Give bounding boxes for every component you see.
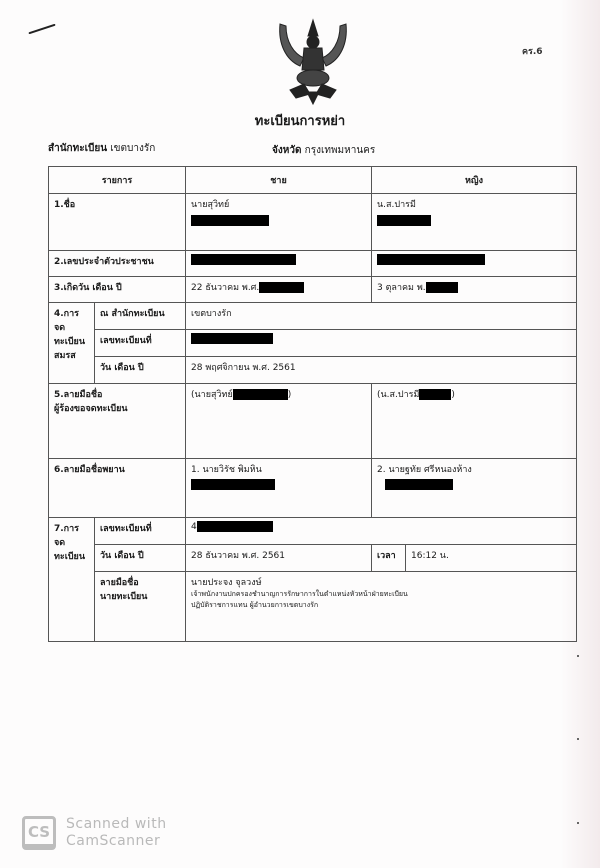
scan-dot bbox=[577, 822, 579, 824]
document-title: ทะเบียนการหย่า bbox=[0, 110, 600, 131]
male-id bbox=[186, 251, 372, 277]
redacted-year bbox=[259, 282, 304, 293]
pen-mark bbox=[28, 24, 55, 35]
divorce-register-table: รายการ ชาย หญิง 1.ชื่อ นายสุวิทย์ น.ส.ปา… bbox=[48, 166, 577, 642]
witness-2: 2. นายฐทัย ศรีหนองห้าง bbox=[372, 459, 577, 518]
camscanner-logo-icon: CS bbox=[22, 816, 56, 850]
registrar-acting: ปฏิบัติราชการแทน ผู้อำนวยการเขตบางรัก bbox=[191, 601, 318, 609]
male-name: นายสุวิทย์ bbox=[186, 194, 372, 251]
office-label: สำนักทะเบียน bbox=[48, 143, 107, 154]
scan-dot bbox=[577, 738, 579, 740]
row-label-registration: 7.การจดทะเบียน bbox=[49, 518, 95, 642]
male-birth: 22 ธันวาคม พ.ศ. bbox=[186, 277, 372, 303]
row-label-witness-signature: 6.ลายมือชื่อพยาน bbox=[49, 459, 186, 518]
registrar-signature-label: ลายมือชื่อ นายทะเบียน bbox=[95, 572, 186, 642]
province-label: จังหวัด bbox=[272, 145, 301, 156]
table-row: 2.เลขประจำตัวประชาชน bbox=[49, 251, 577, 277]
watermark-line-2: CamScanner bbox=[66, 833, 167, 850]
row-label-id: 2.เลขประจำตัวประชาชน bbox=[49, 251, 186, 277]
header-female: หญิง bbox=[372, 167, 577, 194]
registrar-name: นายประจง จุลวงษ์ bbox=[191, 578, 262, 588]
table-row: วัน เดือน ปี 28 พฤศจิกายน พ.ศ. 2561 bbox=[49, 357, 577, 384]
table-row: 1.ชื่อ นายสุวิทย์ น.ส.ปารมี bbox=[49, 194, 577, 251]
header-item: รายการ bbox=[49, 167, 186, 194]
female-birth: 3 ตุลาคม พ. bbox=[372, 277, 577, 303]
table-row: 7.การจดทะเบียน เลขทะเบียนที่ 4 bbox=[49, 518, 577, 545]
row-label-marriage: 4.การจดทะเบียนสมรส bbox=[49, 303, 95, 384]
garuda-emblem-icon bbox=[274, 14, 352, 106]
marriage-office-label: ณ สำนักทะเบียน bbox=[95, 303, 186, 330]
redacted-surname bbox=[377, 215, 431, 226]
camscanner-watermark: CS Scanned with CamScanner bbox=[22, 816, 167, 850]
table-row: วัน เดือน ปี 28 ธันวาคม พ.ศ. 2561 เวลา 1… bbox=[49, 545, 577, 572]
province-value: กรุงเทพมหานคร bbox=[305, 145, 376, 156]
registration-time-label: เวลา bbox=[372, 545, 406, 572]
table-row: เลขทะเบียนที่ bbox=[49, 330, 577, 357]
redacted-surname bbox=[191, 215, 269, 226]
female-id bbox=[372, 251, 577, 277]
table-row: 3.เกิดวัน เดือน ปี 22 ธันวาคม พ.ศ. 3 ตุล… bbox=[49, 277, 577, 303]
province: จังหวัด กรุงเทพมหานคร bbox=[272, 143, 375, 158]
marriage-office-value: เขตบางรัก bbox=[186, 303, 577, 330]
row-label-name: 1.ชื่อ bbox=[49, 194, 186, 251]
registry-office: สำนักทะเบียน เขตบางรัก bbox=[48, 141, 155, 156]
table-row: 6.ลายมือชื่อพยาน 1. นายวิรัช พิมหิน 2. น… bbox=[49, 459, 577, 518]
registration-regno-value: 4 bbox=[186, 518, 577, 545]
registration-date-label: วัน เดือน ปี bbox=[95, 545, 186, 572]
marriage-regno-label: เลขทะเบียนที่ bbox=[95, 330, 186, 357]
registration-date-value: 28 ธันวาคม พ.ศ. 2561 bbox=[186, 545, 372, 572]
registrar-title: เจ้าพนักงานปกครองชำนาญการรักษาการในตำแหน… bbox=[191, 590, 408, 598]
witness-1: 1. นายวิรัช พิมหิน bbox=[186, 459, 372, 518]
registrar-signature: นายประจง จุลวงษ์ เจ้าพนักงานปกครองชำนาญก… bbox=[186, 572, 577, 642]
marriage-date-label: วัน เดือน ปี bbox=[95, 357, 186, 384]
redacted-id bbox=[191, 479, 275, 490]
female-name: น.ส.ปารมี bbox=[372, 194, 577, 251]
male-signature: (นายสุวิทย์) bbox=[186, 384, 372, 459]
table-row: 4.การจดทะเบียนสมรส ณ สำนักทะเบียน เขตบาง… bbox=[49, 303, 577, 330]
redacted-regno bbox=[191, 333, 273, 344]
redacted-regno bbox=[197, 521, 273, 532]
office-value: เขตบางรัก bbox=[110, 143, 155, 154]
redacted-id bbox=[385, 479, 453, 490]
redacted-surname bbox=[233, 389, 288, 400]
redacted-surname bbox=[419, 389, 451, 400]
female-signature: (น.ส.ปารมี) bbox=[372, 384, 577, 459]
table-row: ลายมือชื่อ นายทะเบียน นายประจง จุลวงษ์ เ… bbox=[49, 572, 577, 642]
scan-dot bbox=[577, 655, 579, 657]
registration-regno-label: เลขทะเบียนที่ bbox=[95, 518, 186, 545]
table-row: 5.ลายมือชื่อ ผู้ร้องขอจดทะเบียน (นายสุวิ… bbox=[49, 384, 577, 459]
marriage-date-value: 28 พฤศจิกายน พ.ศ. 2561 bbox=[186, 357, 577, 384]
redacted-year bbox=[426, 282, 458, 293]
form-code: คร.6 bbox=[522, 44, 543, 58]
row-label-birth: 3.เกิดวัน เดือน ปี bbox=[49, 277, 186, 303]
row-label-applicant-signature: 5.ลายมือชื่อ ผู้ร้องขอจดทะเบียน bbox=[49, 384, 186, 459]
header-male: ชาย bbox=[186, 167, 372, 194]
redacted-id bbox=[377, 254, 485, 265]
marriage-regno-value bbox=[186, 330, 577, 357]
watermark-line-1: Scanned with bbox=[66, 816, 167, 833]
registration-time-value: 16:12 น. bbox=[406, 545, 577, 572]
redacted-id bbox=[191, 254, 296, 265]
